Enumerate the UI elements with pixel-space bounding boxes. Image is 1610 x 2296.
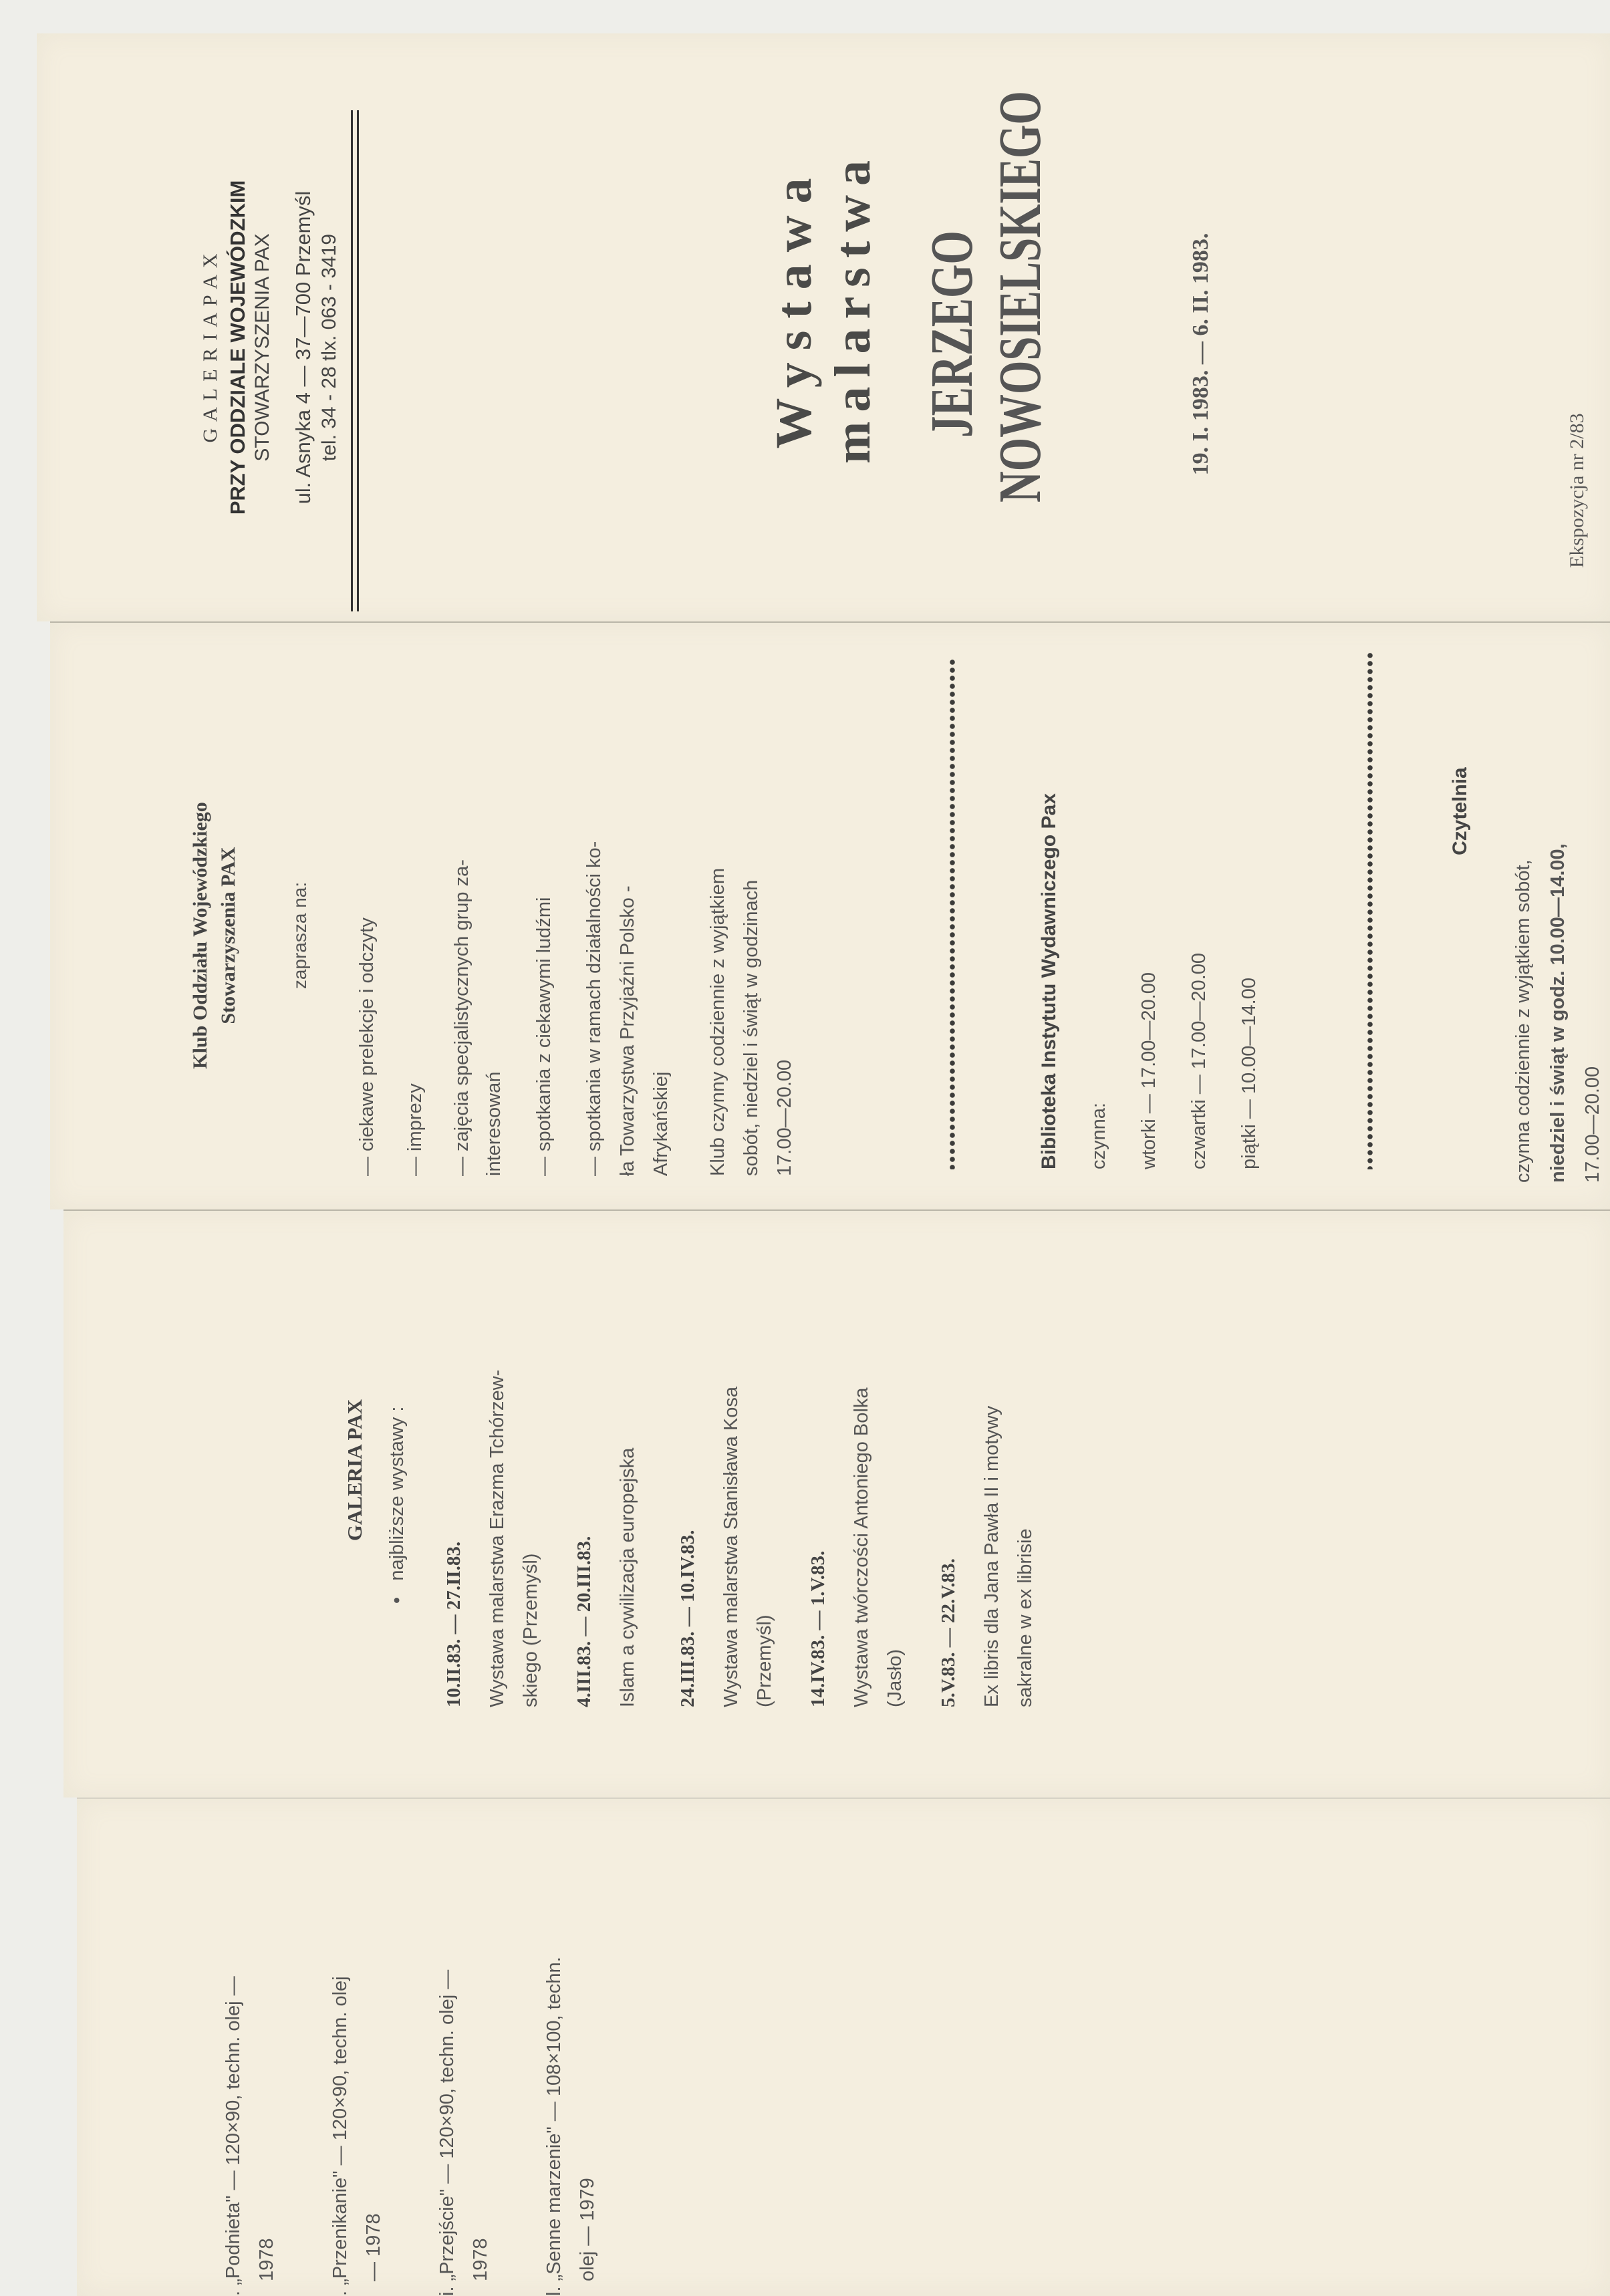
- library-heading: Biblioteka Instytutu Wydawniczego Pax: [1039, 793, 1059, 1169]
- exhibition-title: Islam a cywilizacja europejska: [618, 1448, 638, 1707]
- work-item-cont: olej — 1979: [578, 2178, 597, 2281]
- phone: tel. 34 - 28 tlx. 063 - 3419: [319, 114, 340, 581]
- activity-item: — spotkania w ramach działalności ko-: [585, 841, 604, 1176]
- exhibition-dates: 24.III.83. — 10.IV.83.: [678, 1530, 698, 1707]
- exhibition-title: Wystawa malarstwa Erazma Tchórzew-: [488, 1370, 507, 1707]
- club-hours: 17.00—20.00: [775, 1060, 795, 1176]
- work-number: l.: [543, 2287, 565, 2296]
- hours-value: 17.00—20.00: [1138, 972, 1160, 1089]
- activity-item: ła Towarzystwa Przyjaźni Polsko -: [618, 885, 638, 1176]
- work-title: „Podnieta" — 120×90, techn. olej —: [223, 1976, 244, 2285]
- work-item: . „Podnieta" — 120×90, techn. olej —: [224, 1976, 243, 2296]
- exhibition-title: Ex libris dla Jana Pawła II i motywy: [982, 1406, 1002, 1707]
- fold-line: [77, 1798, 1610, 1799]
- club-heading: Stowarzyszenia PAX: [219, 702, 239, 1169]
- exhibition-title: skiego (Przemyśl): [521, 1554, 541, 1707]
- work-item-cont: 1978: [471, 2238, 491, 2281]
- organizer-line: PRZY ODDZIALE WOJEWÓDZKIM: [227, 114, 248, 581]
- title-line: malarstwa: [827, 107, 878, 508]
- exhibition-title: (Jasło): [886, 1649, 905, 1707]
- exhibition-dates: 10.II.83. — 27.II.83.: [444, 1542, 464, 1707]
- reading-room-hours: niedziel i świąt w godz. 10.00—14.00,: [1549, 843, 1568, 1183]
- work-number: i.: [436, 2287, 458, 2296]
- artist-first-name: JERZEGO: [922, 166, 982, 503]
- activity-item: — spotkania z ciekawymi ludźmi: [535, 897, 554, 1176]
- work-title: „Przenikanie" — 120×90, techn. olej: [329, 1976, 351, 2285]
- day-label: czwartki: [1188, 1099, 1210, 1169]
- day-label: piątki: [1238, 1124, 1260, 1169]
- exhibition-dates: 19. I. 1983. — 6. II. 1983.: [1190, 120, 1212, 588]
- gallery-name: G A L E R I A P A X: [200, 114, 221, 581]
- hours-value: 10.00—14.00: [1238, 978, 1260, 1094]
- club-invites: zaprasza na:: [291, 702, 309, 1169]
- exhibition-dates: 14.IV.83. — 1.V.83.: [809, 1551, 828, 1707]
- dotted-divider: [1367, 652, 1373, 1169]
- hours-value: 17.00—20.00: [1188, 953, 1210, 1069]
- exposition-number: Ekspozycja nr 2/83: [1567, 413, 1587, 568]
- work-item: . „Przenikanie" — 120×90, techn. olej: [331, 1976, 350, 2296]
- exhibition-dates: 4.III.83. — 20.III.83.: [575, 1536, 594, 1707]
- club-heading: Klub Oddziału Wojewódzkiego: [190, 702, 211, 1169]
- reading-room-hours: czynna codziennie z wyjątkiem sobót,: [1514, 859, 1533, 1183]
- subheading-text: najbliższe wystawy :: [386, 1407, 408, 1581]
- work-title: „Senne marzenie" — 108×100, techn.: [543, 1957, 565, 2281]
- club-hours: sobót, niedziel i świąt w godzinach: [742, 880, 761, 1176]
- activity-item: — imprezy: [406, 1083, 425, 1176]
- fold-line: [63, 1209, 1610, 1211]
- activity-item: — ciekawe prelekcje i odczyty: [358, 917, 377, 1176]
- day-label: wtorki: [1138, 1119, 1160, 1169]
- leaflet-info-sheet: [50, 621, 1610, 1209]
- organizer-line: STOWARZYSZENIA PAX: [253, 114, 273, 581]
- work-item: i. „Przejście" — 120×90, techn. olej —: [438, 1970, 457, 2296]
- title-line: Wystawa: [769, 107, 819, 508]
- work-number: .: [223, 2291, 244, 2296]
- exhibition-title: Wystawa malarstwa Stanisława Kosa: [722, 1387, 741, 1707]
- reading-room-heading: Czytelnia: [1450, 775, 1470, 855]
- leaflet-works-sheet: [77, 1798, 1610, 2296]
- gallery-subheading: • najbliższe wystawy :: [388, 1407, 407, 1604]
- leaflet-gallery-sheet: [63, 1209, 1610, 1798]
- library-day: wtorki — 17.00—20.00: [1139, 972, 1159, 1169]
- dotted-divider: [949, 658, 956, 1169]
- activity-item: — zajęcia specjalistycznych grup za-: [452, 859, 472, 1176]
- artist-last-name: NOWOSIELSKIEGO: [990, 166, 1051, 503]
- work-item-cont: 1978: [257, 2238, 277, 2281]
- work-number: .: [329, 2291, 351, 2296]
- gallery-heading: GALERIA PAX: [344, 1236, 365, 1704]
- reading-room-hours: 17.00—20.00: [1583, 1066, 1603, 1183]
- club-hours: Klub czynny codziennie z wyjątkiem: [708, 868, 728, 1176]
- library-open-label: czynna:: [1089, 1103, 1109, 1169]
- exhibition-dates: 5.V.83. — 22.V.83.: [939, 1558, 958, 1707]
- activity-item: Afrykańskiej: [652, 1072, 671, 1176]
- exhibition-title: sakralne w ex librisie: [1016, 1528, 1035, 1707]
- fold-line: [50, 621, 1610, 623]
- address: ul. Asnyka 4 — 37—700 Przemyśl: [293, 114, 313, 581]
- library-day: piątki — 10.00—14.00: [1240, 978, 1259, 1169]
- library-day: czwartki — 17.00—20.00: [1190, 953, 1209, 1169]
- work-item: l. „Senne marzenie" — 108×100, techn.: [545, 1957, 564, 2296]
- exhibition-title: (Przemyśl): [755, 1614, 775, 1707]
- double-rule-divider: [351, 110, 359, 611]
- activity-item: interesowań: [485, 1072, 504, 1176]
- exhibition-title: Wystawa twórczości Antoniego Bolka: [852, 1388, 871, 1707]
- work-item-cont: — 1978: [364, 2213, 384, 2281]
- work-title: „Przejście" — 120×90, techn. olej —: [436, 1970, 458, 2281]
